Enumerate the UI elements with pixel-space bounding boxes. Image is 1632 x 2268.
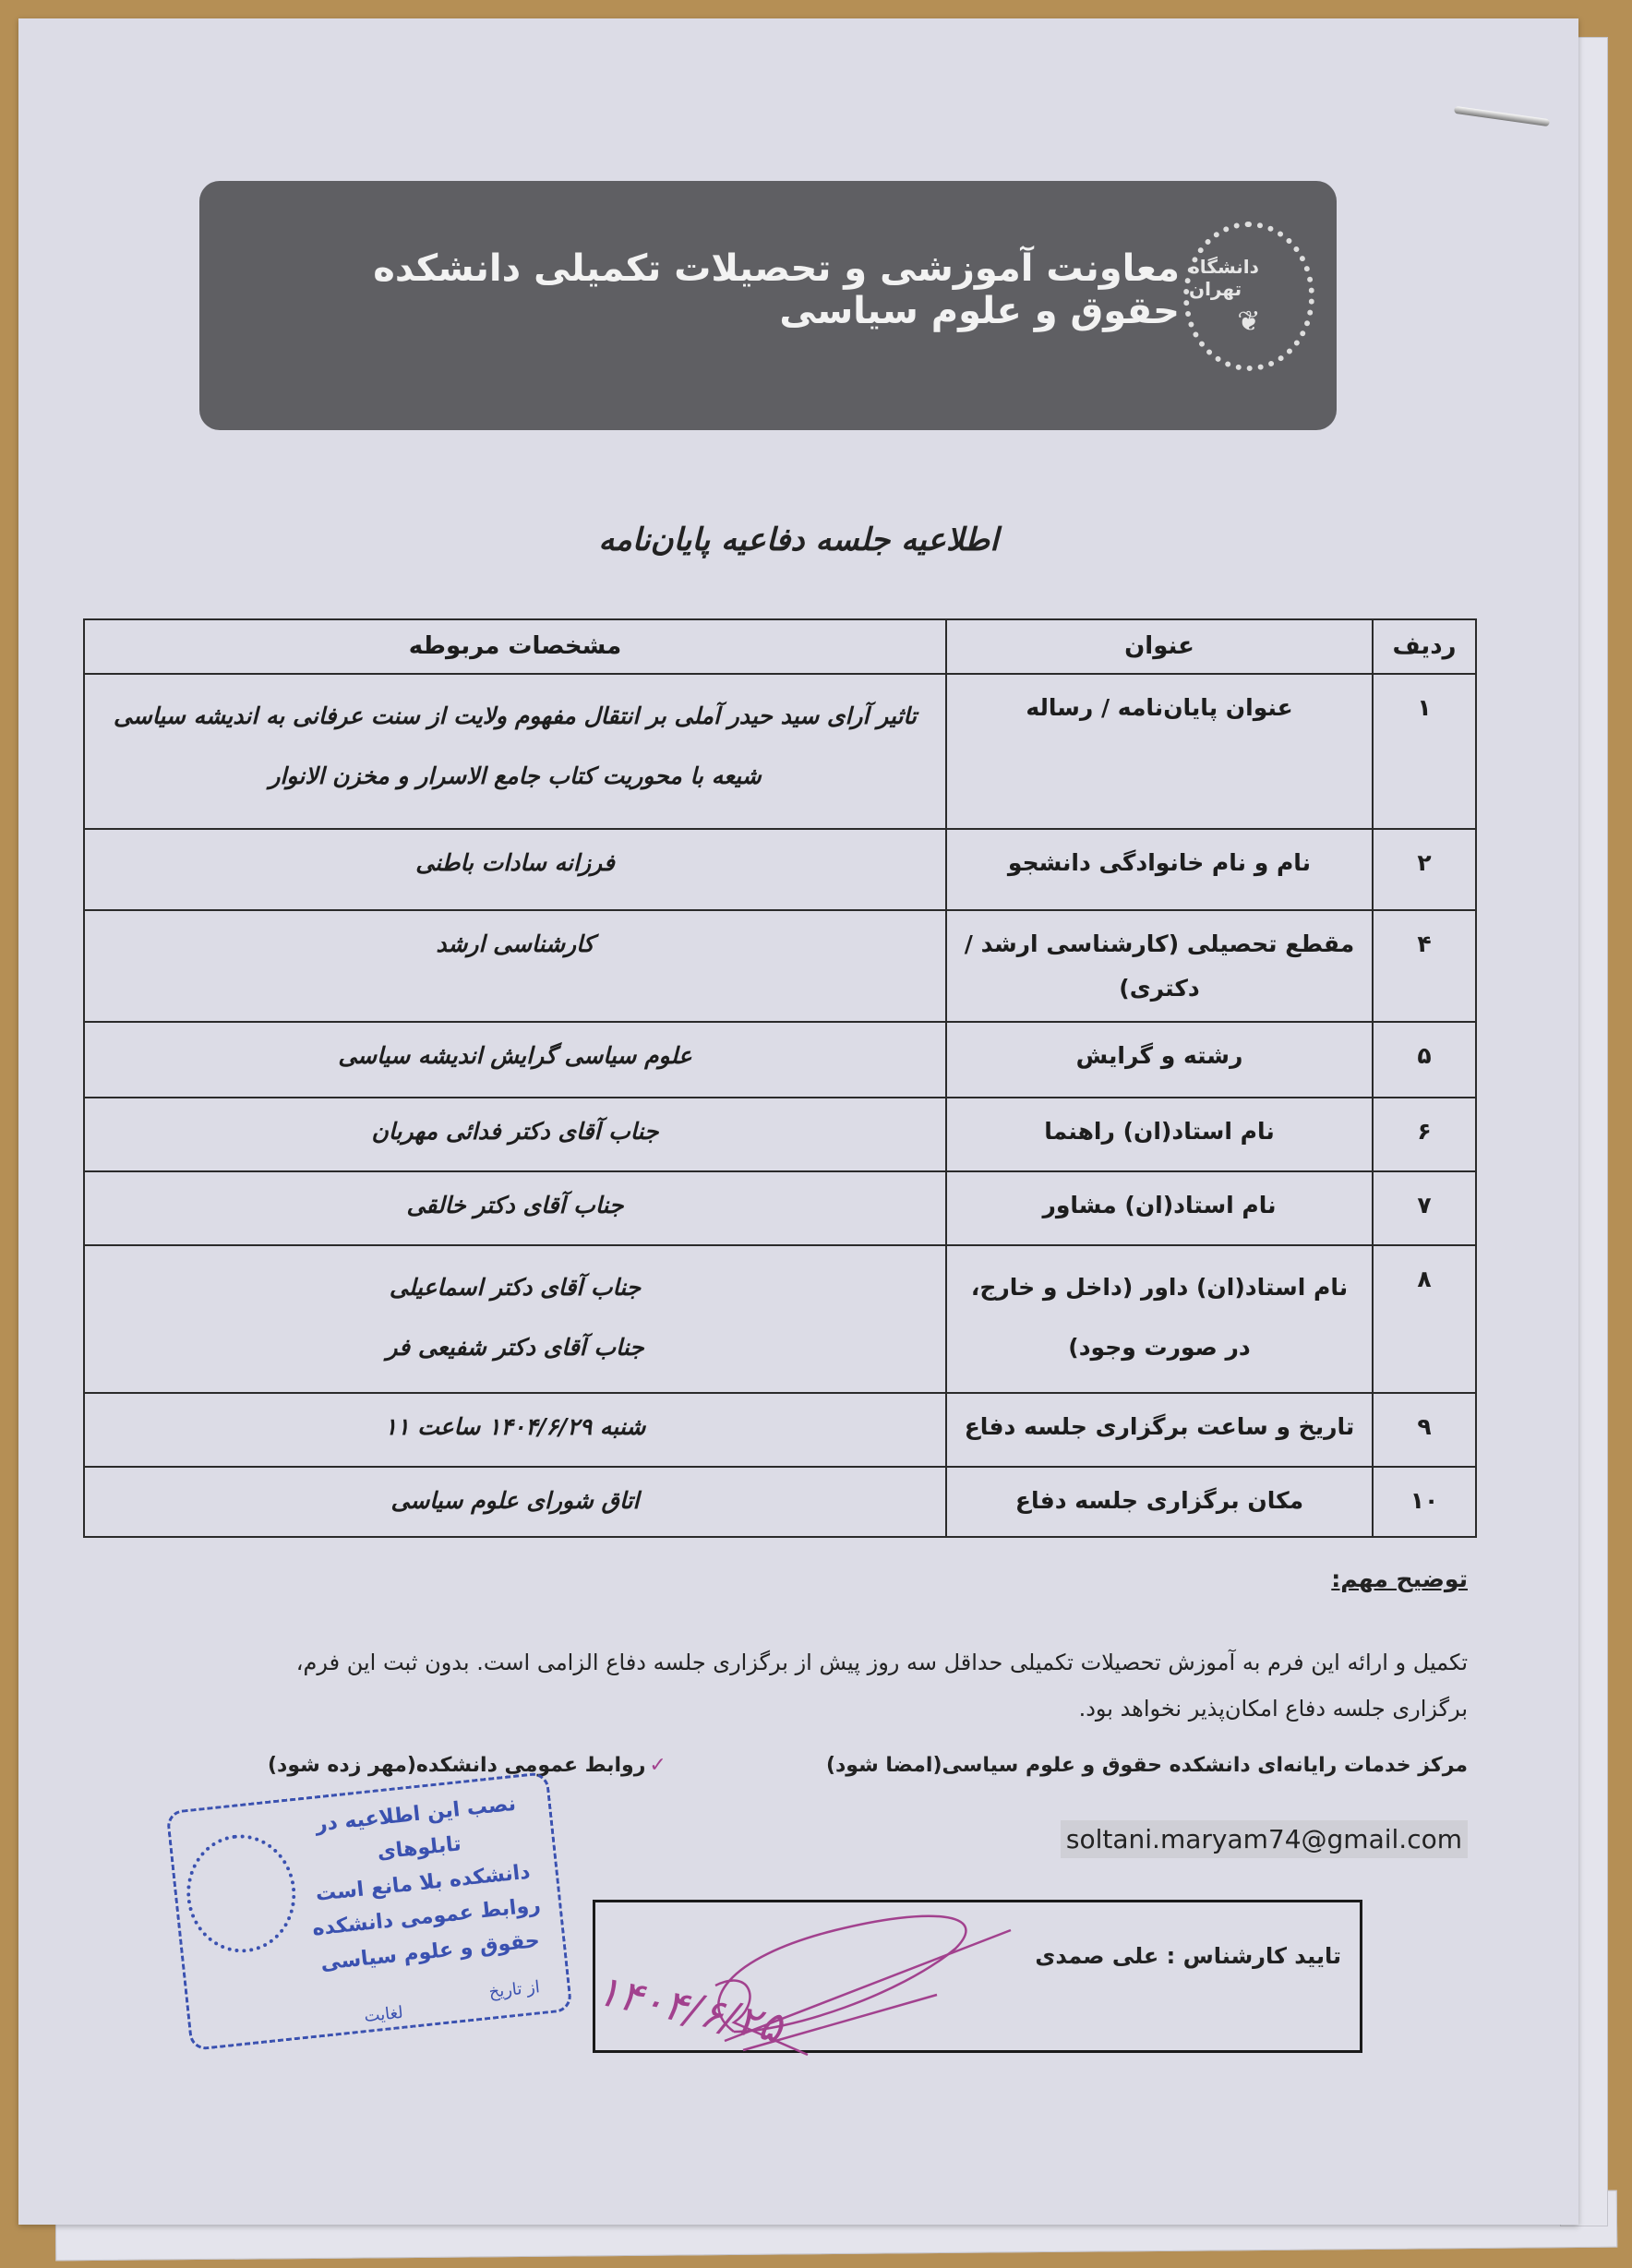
referee-1: جناب آقای دکتر اسماعیلی xyxy=(98,1257,932,1317)
header-row-number: ردیف xyxy=(1373,619,1476,674)
row-number: ۲ xyxy=(1373,829,1476,910)
student-name-value: فرزانه سادات باطنی xyxy=(84,829,946,910)
header-details: مشخصات مربوطه xyxy=(84,619,946,674)
degree-value: کارشناسی ارشد xyxy=(84,910,946,1022)
handwritten-date: ۱۴۰۴/۶/۲۵ xyxy=(605,1964,789,2053)
signature-requirements: مرکز خدمات رایانه‌ای دانشکده حقوق و علوم… xyxy=(268,1754,1468,1777)
table-row: ۴ مقطع تحصیلی (کارشناسی ارشد / دکتری) کا… xyxy=(84,910,1476,1022)
computer-center-label: مرکز خدمات رایانه‌ای دانشکده حقوق و علوم… xyxy=(826,1754,1468,1777)
row-title: رشته و گرایش xyxy=(946,1022,1373,1098)
row-number: ۸ xyxy=(1373,1245,1476,1393)
row-title: نام و نام خانوادگی دانشجو xyxy=(946,829,1373,910)
stamp-from-date: از تاریخ xyxy=(488,1977,541,2002)
field-value: علوم سیاسی گرایش اندیشه سیاسی xyxy=(84,1022,946,1098)
row-title: مکان برگزاری جلسه دفاع xyxy=(946,1467,1373,1537)
wings-icon: ❦ xyxy=(1237,306,1260,338)
signature-scribble-icon: ۱۴۰۴/۶/۲۵ xyxy=(605,1893,1122,2069)
header-title: معاونت آموزشی و تحصیلات تکمیلی دانشکده ح… xyxy=(294,247,1180,332)
important-note: توضیح مهم: تکمیل و ارائه این فرم به آموز… xyxy=(268,1555,1468,1732)
row-number: ۷ xyxy=(1373,1171,1476,1245)
stamp-seal-icon xyxy=(181,1830,302,1959)
defense-datetime-value: شنبه ۱۴۰۴/۶/۲۹ ساعت ۱۱ xyxy=(84,1393,946,1467)
logo-text: دانشگاه تهران xyxy=(1189,256,1309,300)
row-number: ۱۰ xyxy=(1373,1467,1476,1537)
table-row: ۱ عنوان پایان‌نامه / رساله تاثیر آرای سی… xyxy=(84,674,1476,829)
referees-value: جناب آقای دکتر اسماعیلی جناب آقای دکتر ش… xyxy=(84,1245,946,1393)
table-row: ۱۰ مکان برگزاری جلسه دفاع اتاق شورای علو… xyxy=(84,1467,1476,1537)
table-row: ۸ نام استاد(ان) داور (داخل و خارج، در صو… xyxy=(84,1245,1476,1393)
public-relations-item: ✓روابط عمومی دانشکده(مهر زده شود) xyxy=(268,1754,666,1777)
table-header-row: ردیف عنوان مشخصات مربوطه xyxy=(84,619,1476,674)
document-title: اطلاعیه جلسه دفاعیه پایان‌نامه xyxy=(18,522,1578,558)
stamp-until: لغایت xyxy=(363,2003,403,2026)
note-heading: توضیح مهم: xyxy=(268,1555,1468,1604)
contact-email: soltani.maryam74@gmail.com xyxy=(1061,1820,1468,1858)
note-text: تکمیل و ارائه این فرم به آموزش تحصیلات ت… xyxy=(268,1639,1468,1733)
thesis-title-value: تاثیر آرای سید حیدر آملی بر انتقال مفهوم… xyxy=(84,674,946,829)
stamp-text: نصب این اطلاعیه در تابلوهای دانشکده بلا … xyxy=(294,1785,551,1982)
university-seal-icon: دانشگاه تهران ❦ xyxy=(1183,222,1314,371)
row-number: ۴ xyxy=(1373,910,1476,1022)
document-page: معاونت آموزشی و تحصیلات تکمیلی دانشکده ح… xyxy=(18,18,1578,2225)
table-row: ۲ نام و نام خانوادگی دانشجو فرزانه سادات… xyxy=(84,829,1476,910)
row-title: عنوان پایان‌نامه / رساله xyxy=(946,674,1373,829)
defense-info-table: ردیف عنوان مشخصات مربوطه ۱ عنوان پایان‌ن… xyxy=(83,618,1477,1538)
row-title: نام استاد(ان) مشاور xyxy=(946,1171,1373,1245)
row-title: نام استاد(ان) داور (داخل و خارج، در صورت… xyxy=(946,1245,1373,1393)
public-relations-label: روابط عمومی دانشکده(مهر زده شود) xyxy=(268,1754,645,1777)
expert-approval-box: تایید کارشناس : علی صمدی ۱۴۰۴/۶/۲۵ xyxy=(593,1900,1362,2053)
supervisor-value: جناب آقای دکتر فدائی مهربان xyxy=(84,1098,946,1171)
header-title-col: عنوان xyxy=(946,619,1373,674)
defense-location-value: اتاق شورای علوم سیاسی xyxy=(84,1467,946,1537)
row-title: تاریخ و ساعت برگزاری جلسه دفاع xyxy=(946,1393,1373,1467)
staple xyxy=(1454,106,1550,126)
row-title: نام استاد(ان) راهنما xyxy=(946,1098,1373,1171)
row-number: ۶ xyxy=(1373,1098,1476,1171)
table-row: ۶ نام استاد(ان) راهنما جناب آقای دکتر فد… xyxy=(84,1098,1476,1171)
header-banner: معاونت آموزشی و تحصیلات تکمیلی دانشکده ح… xyxy=(199,181,1337,430)
row-title: مقطع تحصیلی (کارشناسی ارشد / دکتری) xyxy=(946,910,1373,1022)
referee-2: جناب آقای دکتر شفیعی فر xyxy=(98,1317,932,1377)
row-number: ۹ xyxy=(1373,1393,1476,1467)
table-row: ۵ رشته و گرایش علوم سیاسی گرایش اندیشه س… xyxy=(84,1022,1476,1098)
row-number: ۵ xyxy=(1373,1022,1476,1098)
table-row: ۹ تاریخ و ساعت برگزاری جلسه دفاع شنبه ۱۴… xyxy=(84,1393,1476,1467)
check-mark-icon: ✓ xyxy=(649,1754,666,1777)
approval-stamp: نصب این اطلاعیه در تابلوهای دانشکده بلا … xyxy=(165,1771,572,2051)
row-number: ۱ xyxy=(1373,674,1476,829)
table-row: ۷ نام استاد(ان) مشاور جناب آقای دکتر خال… xyxy=(84,1171,1476,1245)
advisor-value: جناب آقای دکتر خالقی xyxy=(84,1171,946,1245)
